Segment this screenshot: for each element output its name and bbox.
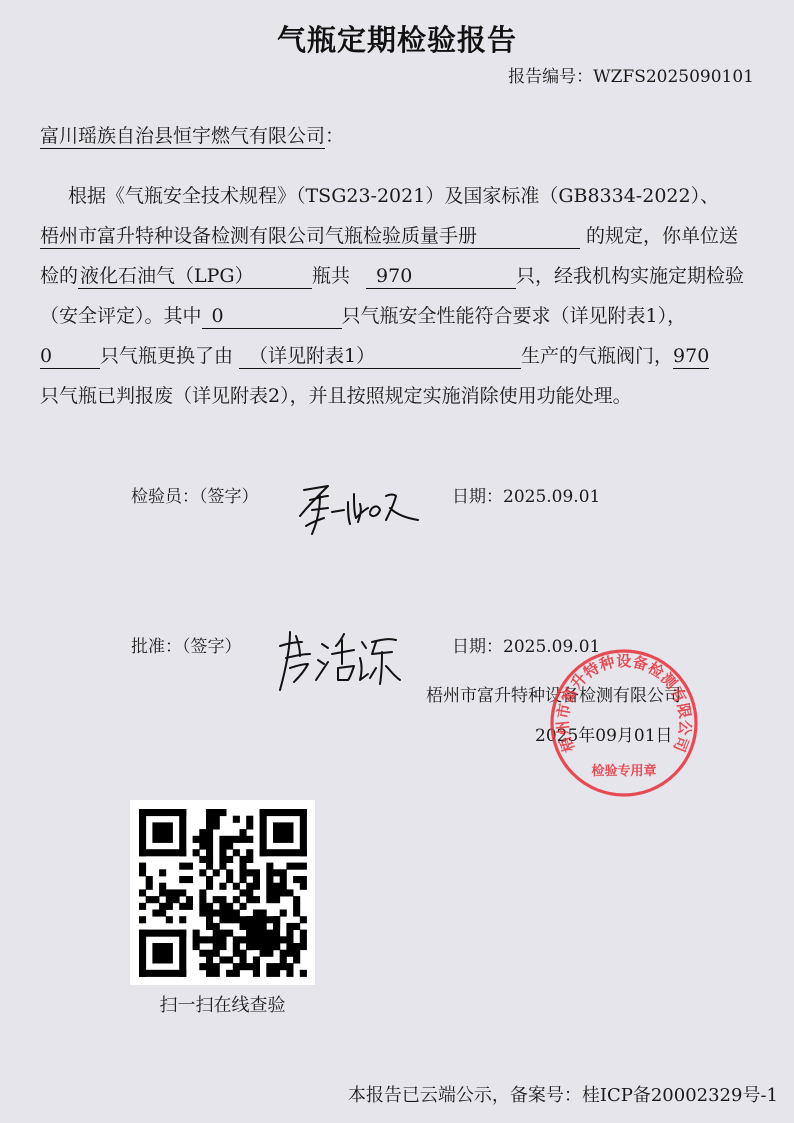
valve-maker-field: （详见附表1） — [239, 346, 521, 369]
body-line-6: 只气瓶已判报废（详见附表2），并且按照规定实施消除使用功能处理。 — [40, 381, 632, 408]
body-line-3: 检的液化石油气（LPG）瓶共970只，经我机构实施定期检验 — [40, 261, 744, 289]
qr-caption: 扫一扫在线查验 — [130, 991, 315, 1017]
scrap-count-field: 970 — [673, 346, 709, 369]
report-number-value: WZFS2025090101 — [593, 67, 754, 87]
body-line-3-prefix: 检的 — [40, 265, 78, 287]
quality-manual-field: 梧州市富升特种设备检测有限公司气瓶检验质量手册 — [40, 226, 580, 249]
body-line-2: 梧州市富升特种设备检测有限公司气瓶检验质量手册的规定，你单位送 — [40, 221, 738, 249]
inspector-date-label: 日期： — [452, 487, 503, 507]
valve-count-field: 0 — [40, 346, 100, 369]
addressee-colon: ： — [325, 125, 344, 147]
inspector-date: 日期：2025.09.01 — [452, 482, 600, 507]
addressee: 富川瑶族自治县恒宇燃气有限公司： — [40, 121, 344, 149]
approver-label: 批准：（签字） — [131, 632, 242, 657]
approver-date-label: 日期： — [452, 637, 503, 657]
inspector-label: 检验员：（签字） — [131, 482, 259, 507]
body-line-3-mid: 瓶共 — [312, 265, 350, 287]
stamp-ring-text: 梧州市富升特种设备检测有限公司 — [554, 652, 695, 755]
body-line-2-suffix: 的规定，你单位送 — [586, 225, 738, 247]
body-line-4-suffix: 只气瓶安全性能符合要求（详见附表1）， — [342, 305, 687, 327]
body-line-1: 根据《气瓶安全技术规程》（TSG23-2021）及国家标准（GB8334-202… — [68, 181, 719, 208]
approver-signature — [276, 628, 404, 694]
report-title: 气瓶定期检验报告 — [0, 18, 794, 59]
report-number-label: 报告编号： — [508, 67, 593, 87]
stamp-center-text: 检验专用章 — [591, 763, 656, 779]
inspector-date-value: 2025.09.01 — [503, 487, 600, 507]
body-line-5-mid: 只气瓶更换了由 — [100, 345, 233, 367]
official-stamp: 梧州市富升特种设备检测有限公司 检验专用章 — [548, 647, 700, 799]
footer-registration: 本报告已云端公示，备案号：桂ICP备20002329号-1 — [348, 1081, 778, 1107]
report-number: 报告编号：WZFS2025090101 — [508, 62, 754, 87]
body-line-4-prefix: （安全评定）。其中 — [40, 305, 202, 327]
body-line-5-suffix: 生产的气瓶阀门， — [521, 345, 673, 367]
body-line-3-suffix: 只，经我机构实施定期检验 — [516, 265, 744, 287]
body-line-5: 0只气瓶更换了由（详见附表1）生产的气瓶阀门，970 — [40, 341, 709, 369]
inspector-signature — [298, 482, 423, 537]
total-count-field: 970 — [366, 266, 516, 289]
body-line-4: （安全评定）。其中0只气瓶安全性能符合要求（详见附表1）， — [40, 301, 686, 329]
verification-qr-code[interactable] — [130, 800, 315, 985]
svg-text:梧州市富升特种设备检测有限公司: 梧州市富升特种设备检测有限公司 — [554, 652, 695, 755]
pass-count-field: 0 — [202, 306, 342, 329]
gas-type-field: 液化石油气（LPG） — [78, 266, 312, 289]
qr-code-icon — [130, 800, 315, 985]
addressee-name: 富川瑶族自治县恒宇燃气有限公司 — [40, 126, 325, 149]
